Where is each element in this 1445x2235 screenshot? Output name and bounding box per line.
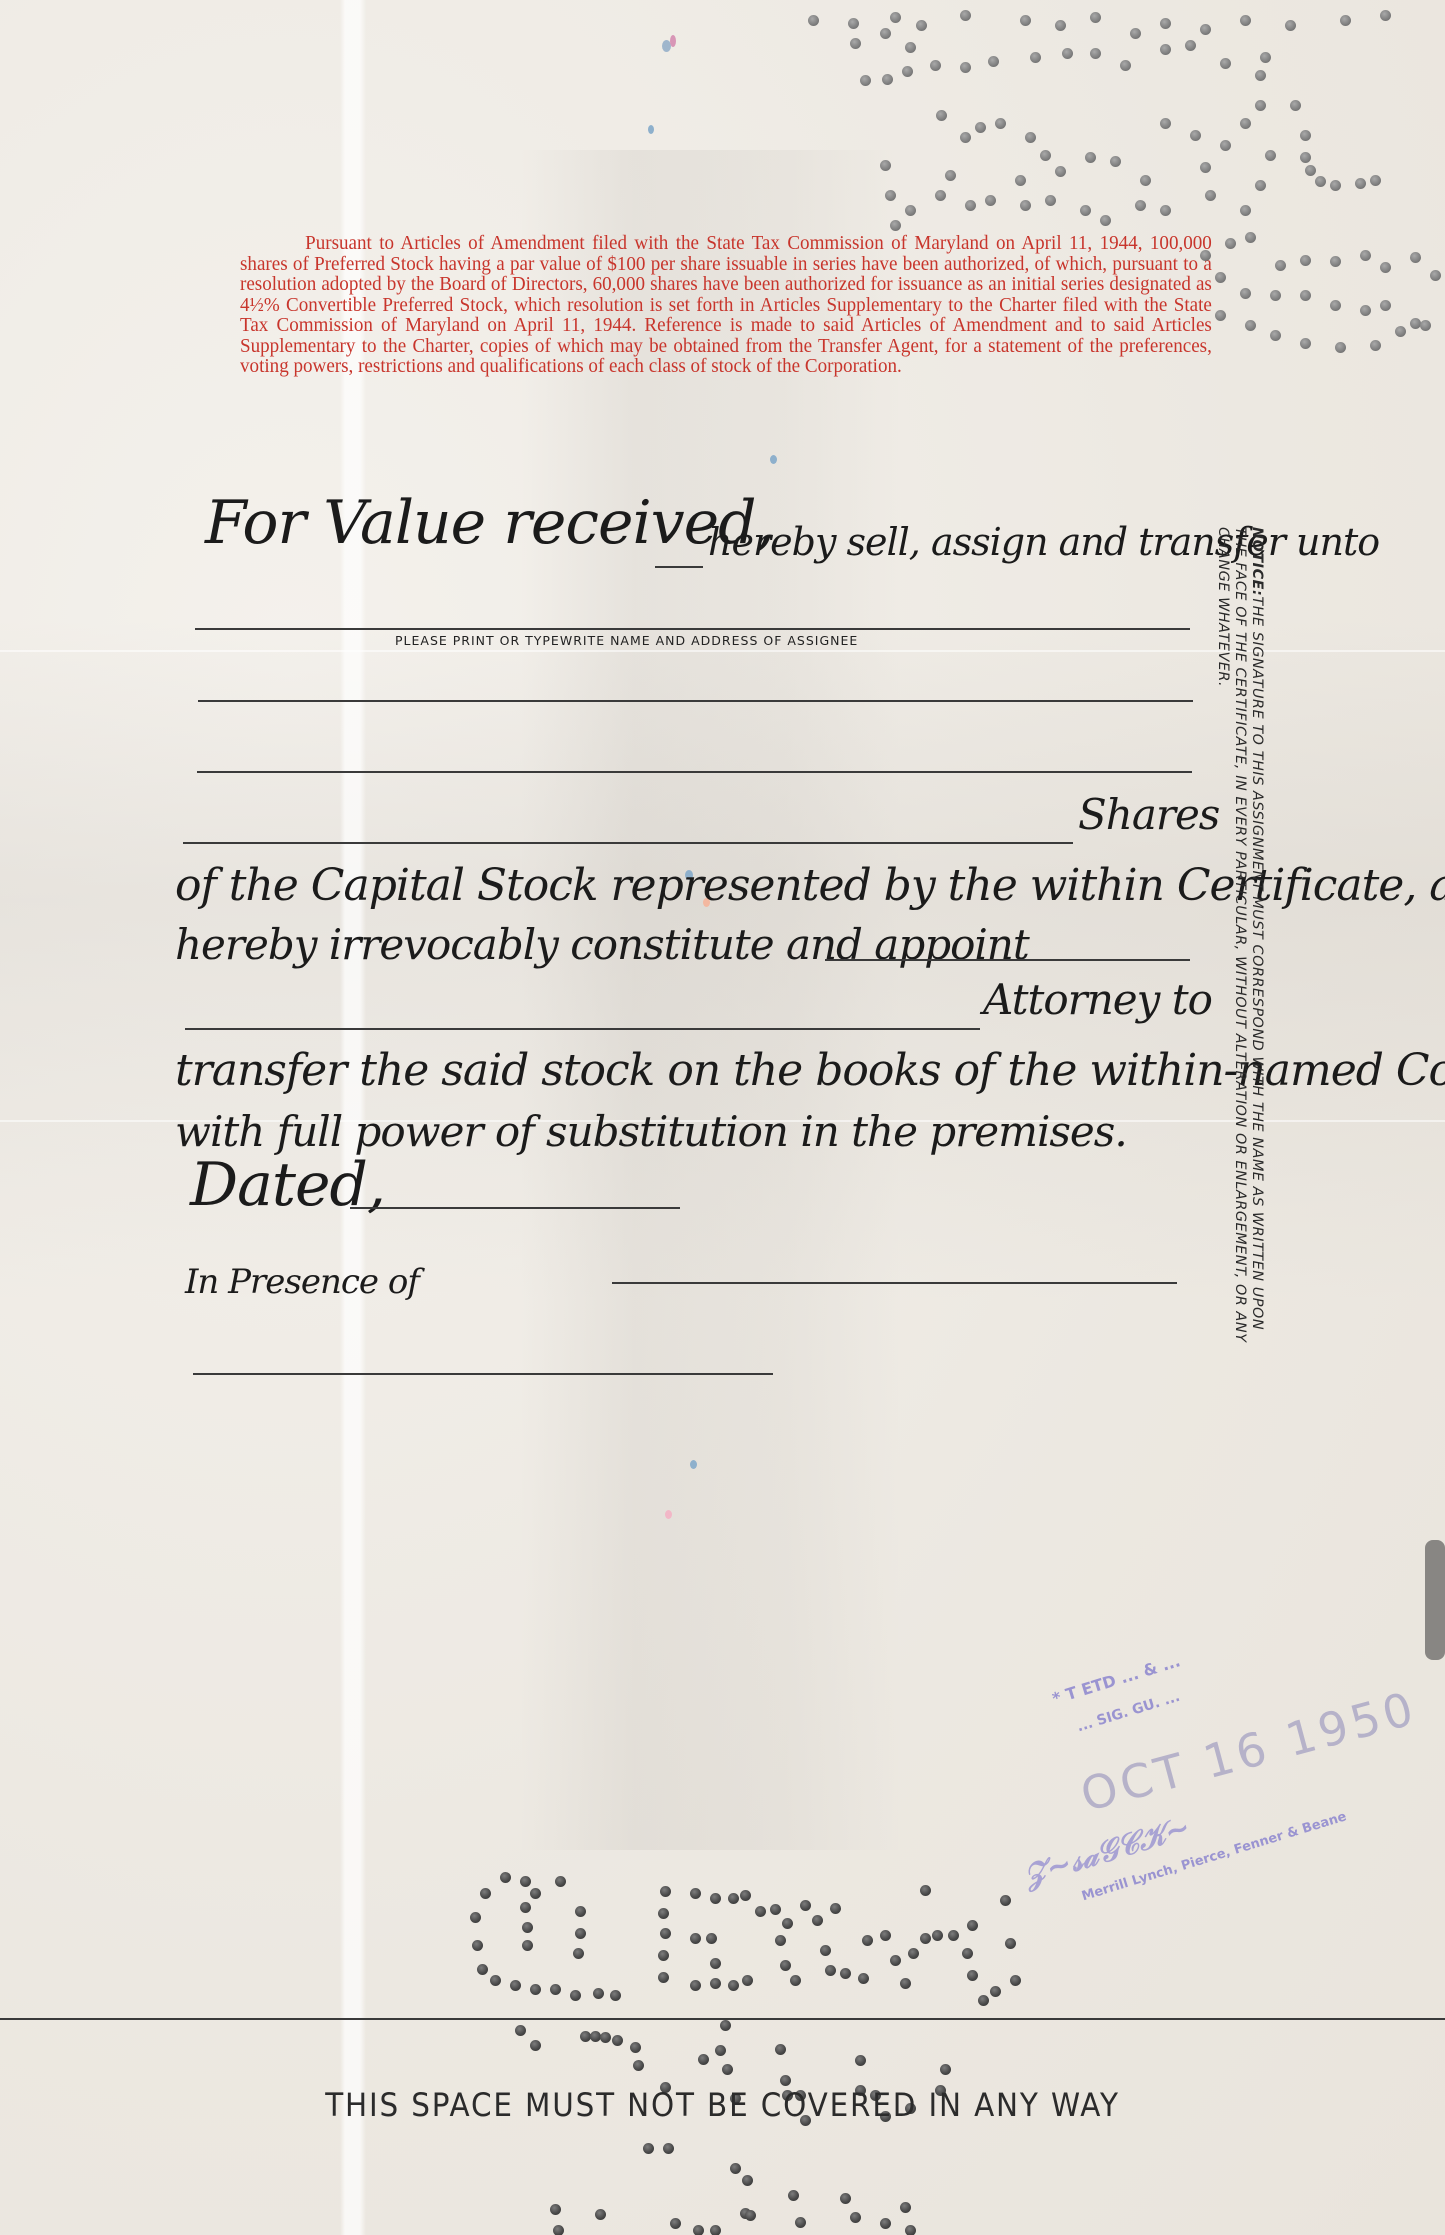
perforation-hole <box>1000 1895 1011 1906</box>
perforation-hole <box>1430 270 1441 281</box>
attorney-name-line[interactable] <box>825 959 1190 961</box>
perforation-hole <box>575 1928 586 1939</box>
perforation-hole <box>1080 205 1091 216</box>
perforation-hole <box>710 2225 721 2235</box>
signature-notice: NOTICE:THE SIGNATURE TO THIS ASSIGNMENT … <box>1214 527 1265 1347</box>
perforation-hole <box>1240 205 1251 216</box>
perforation-hole <box>730 2163 741 2174</box>
notice-label: NOTICE: <box>1249 527 1265 596</box>
assignee-address-line-1[interactable] <box>198 700 1193 702</box>
perforation-hole <box>990 1986 1001 1997</box>
perforation-hole <box>1240 118 1251 129</box>
perforation-hole <box>690 1888 701 1899</box>
perforation-hole <box>1300 290 1311 301</box>
perforation-hole <box>706 1933 717 1944</box>
perforation-hole <box>960 10 971 21</box>
perforation-hole <box>1100 215 1111 226</box>
witness-line[interactable] <box>193 1373 773 1375</box>
perforation-hole <box>573 1948 584 1959</box>
perforation-hole <box>745 2210 756 2221</box>
perforation-hole <box>612 2035 623 2046</box>
perforation-hole <box>698 2054 709 2065</box>
perforation-hole <box>830 1903 841 1914</box>
perforation-hole <box>920 1885 931 1896</box>
perforation-hole <box>1045 195 1056 206</box>
perforation-hole <box>1395 326 1406 337</box>
shares-label: Shares <box>1078 790 1219 839</box>
perforation-hole <box>1290 100 1301 111</box>
stamp-date: OCT 16 1950 <box>1075 1681 1422 1823</box>
perforation-hole <box>788 2190 799 2201</box>
perforation-hole <box>1020 15 1031 26</box>
perforation-hole <box>1270 290 1281 301</box>
perforation-hole <box>1355 178 1366 189</box>
perforation-hole <box>985 195 996 206</box>
perforation-hole <box>1330 300 1341 311</box>
perforation-hole <box>1360 305 1371 316</box>
substitution-text: with full power of substitution in the p… <box>175 1107 1127 1156</box>
perforation-hole <box>825 1965 836 1976</box>
perforation-hole <box>1135 200 1146 211</box>
perforation-hole <box>1380 10 1391 21</box>
perforation-hole <box>967 1970 978 1981</box>
perforation-hole <box>1055 20 1066 31</box>
perforation-hole <box>978 1995 989 2006</box>
perforation-hole <box>1300 152 1311 163</box>
perforation-hole <box>902 66 913 77</box>
ink-speck <box>648 125 654 134</box>
perforation-hole <box>975 122 986 133</box>
perforation-hole <box>988 56 999 67</box>
perforation-hole <box>490 1975 501 1986</box>
perforation-hole <box>570 1990 581 2001</box>
perforation-hole <box>710 1958 721 1969</box>
perforation-hole <box>935 190 946 201</box>
perforation-hole <box>1200 24 1211 35</box>
perforation-hole <box>775 1935 786 1946</box>
perforation-hole <box>1260 52 1271 63</box>
perforation-hole <box>916 20 927 31</box>
perforation-hole <box>1410 252 1421 263</box>
perforation-hole <box>840 2193 851 2204</box>
assignee-name-line[interactable] <box>195 628 1190 630</box>
perforation-hole <box>710 1893 721 1904</box>
perforation-hole <box>848 18 859 29</box>
perforation-hole <box>1305 165 1316 176</box>
perforation-hole <box>920 1933 931 1944</box>
ink-speck <box>670 35 676 47</box>
perforation-hole <box>1240 15 1251 26</box>
perforation-hole <box>520 1876 531 1887</box>
perforation-hole <box>1215 310 1226 321</box>
perforation-hole <box>1380 262 1391 273</box>
footer-divider <box>0 2018 1445 2020</box>
attorney-name-line-2[interactable] <box>185 1028 980 1030</box>
perforation-hole <box>530 1888 541 1899</box>
perforation-hole <box>755 1906 766 1917</box>
perforation-hole <box>1255 100 1266 111</box>
perforation-hole <box>1330 256 1341 267</box>
perforation-hole <box>600 2032 611 2043</box>
dated-label: Dated, <box>190 1150 385 1220</box>
perforation-hole <box>742 2175 753 2186</box>
assignor-blank-line <box>655 566 703 568</box>
perforation-hole <box>900 2202 911 2213</box>
perforation-hole <box>960 62 971 73</box>
perforation-hole <box>1160 205 1171 216</box>
perforation-hole <box>595 2209 606 2220</box>
perforation-hole <box>633 2060 644 2071</box>
perforation-hole <box>936 110 947 121</box>
perforation-hole <box>1220 140 1231 151</box>
perforation-hole <box>820 1945 831 1956</box>
perforation-hole <box>1300 130 1311 141</box>
perforation-hole <box>1005 1938 1016 1949</box>
perforation-hole <box>522 1922 533 1933</box>
perforation-hole <box>840 1968 851 1979</box>
perforation-hole <box>658 1950 669 1961</box>
perforation-hole <box>593 1988 604 1999</box>
perforation-hole <box>885 190 896 201</box>
perforation-hole <box>643 2143 654 2154</box>
perforation-hole <box>1270 330 1281 341</box>
perforation-hole <box>1335 342 1346 353</box>
perforation-hole <box>710 1978 721 1989</box>
perforation-hole <box>850 2212 861 2223</box>
perforation-hole <box>1315 176 1326 187</box>
perforation-hole <box>480 1888 491 1899</box>
perforation-hole <box>1160 18 1171 29</box>
assignee-address-line-2[interactable] <box>197 771 1192 773</box>
in-presence-of-label: In Presence of <box>185 1262 419 1302</box>
perforation-hole <box>1370 340 1381 351</box>
perforation-hole <box>800 1900 811 1911</box>
perforation-hole <box>995 118 1006 129</box>
perforation-hole <box>880 2218 891 2229</box>
perforation-hole <box>660 1886 671 1897</box>
perforation-hole <box>945 170 956 181</box>
perforation-hole <box>1380 300 1391 311</box>
perforation-hole <box>880 1930 891 1941</box>
perforation-hole <box>790 1975 801 1986</box>
ink-speck <box>690 1460 697 1469</box>
perforation-hole <box>728 1980 739 1991</box>
shares-quantity-line[interactable] <box>183 842 1073 844</box>
perforation-hole <box>855 2055 866 2066</box>
perforation-hole <box>500 1872 511 1883</box>
perforation-hole <box>775 2044 786 2055</box>
perforation-hole <box>890 12 901 23</box>
perforation-hole <box>932 1930 943 1941</box>
perforation-hole <box>795 2217 806 2228</box>
perforation-hole <box>1370 175 1381 186</box>
perforation-hole <box>722 2064 733 2075</box>
perforation-hole <box>550 1984 561 1995</box>
signature-line[interactable] <box>612 1282 1177 1284</box>
perforation-hole <box>1010 1975 1021 1986</box>
perforation-hole <box>477 1964 488 1975</box>
perforation-hole <box>905 42 916 53</box>
perforation-hole <box>1265 150 1276 161</box>
perforation-hole <box>965 200 976 211</box>
perforation-hole <box>575 1906 586 1917</box>
perforation-hole <box>948 1930 959 1941</box>
perforation-hole <box>900 1978 911 1989</box>
preferred-stock-legend: Pursuant to Articles of Amendment filed … <box>240 233 1212 377</box>
perforation-hole <box>808 15 819 26</box>
edge-stain <box>1425 1540 1445 1660</box>
perforation-hole <box>550 2204 561 2215</box>
irrevocably-appoint-text: hereby irrevocably constitute and appoin… <box>175 920 1029 969</box>
perforation-hole <box>1185 40 1196 51</box>
perforation-hole <box>862 1935 873 1946</box>
perforation-hole <box>720 2020 731 2031</box>
perforation-hole <box>770 1904 781 1915</box>
perforation-hole <box>1025 132 1036 143</box>
perforation-hole <box>728 1893 739 1904</box>
faint-front-print-showthrough <box>520 150 900 1850</box>
notice-text: THE SIGNATURE TO THIS ASSIGNMENT MUST CO… <box>1215 527 1265 1343</box>
perforation-hole <box>930 60 941 71</box>
perforation-hole <box>555 1876 566 1887</box>
perforation-hole <box>522 1940 533 1951</box>
perforation-hole <box>530 2040 541 2051</box>
perforation-hole <box>1020 200 1031 211</box>
perforation-hole <box>1015 175 1026 186</box>
footer-warning: THIS SPACE MUST NOT BE COVERED IN ANY WA… <box>58 2086 1387 2124</box>
perforation-hole <box>782 1918 793 1929</box>
date-line[interactable] <box>350 1207 680 1209</box>
perforation-hole <box>658 1908 669 1919</box>
perforation-hole <box>1245 232 1256 243</box>
perforation-hole <box>610 1990 621 2001</box>
perforation-hole <box>1205 190 1216 201</box>
perforation-hole <box>1300 338 1311 349</box>
perforation-hole <box>1090 12 1101 23</box>
perforation-hole <box>1040 150 1051 161</box>
perforation-hole <box>690 1980 701 1991</box>
perforation-hole <box>660 1928 671 1939</box>
perforation-hole <box>850 38 861 49</box>
perforation-hole <box>1255 180 1266 191</box>
perforation-hole <box>960 132 971 143</box>
perforation-hole <box>1140 175 1151 186</box>
perforation-hole <box>1245 320 1256 331</box>
for-value-received-label: For Value received, <box>205 488 774 558</box>
perforation-hole <box>715 2045 726 2056</box>
perforation-hole <box>858 1973 869 1984</box>
perforation-hole <box>880 160 891 171</box>
perforation-hole <box>515 2025 526 2036</box>
perforation-hole <box>1085 152 1096 163</box>
perforation-hole <box>1160 118 1171 129</box>
perforation-hole <box>860 75 871 86</box>
perforation-hole <box>553 2225 564 2235</box>
attorney-to-label: Attorney to <box>983 975 1212 1024</box>
perforation-hole <box>890 1955 901 1966</box>
perforation-hole <box>472 1940 483 1951</box>
perforation-hole <box>1360 250 1371 261</box>
perforation-hole <box>1240 288 1251 299</box>
perforation-hole <box>780 1960 791 1971</box>
perforation-hole <box>1030 52 1041 63</box>
perforation-hole <box>1130 28 1141 39</box>
ink-speck <box>770 455 777 464</box>
perforation-hole <box>690 1933 701 1944</box>
perforation-hole <box>1330 180 1341 191</box>
perforation-hole <box>1220 58 1231 69</box>
perforation-hole <box>670 2218 681 2229</box>
perforation-hole <box>470 1912 481 1923</box>
perforation-hole <box>1200 250 1211 261</box>
perforation-hole <box>962 1948 973 1959</box>
perforation-hole <box>812 1915 823 1926</box>
perforation-hole <box>1055 166 1066 177</box>
perforation-hole <box>1062 48 1073 59</box>
perforation-hole <box>1190 130 1201 141</box>
ink-speck <box>665 1510 672 1519</box>
perforation-hole <box>890 220 901 231</box>
perforation-hole <box>663 2143 674 2154</box>
perforation-hole <box>880 28 891 39</box>
perforation-hole <box>510 1980 521 1991</box>
perforation-hole <box>693 2225 704 2235</box>
perforation-hole <box>630 2042 641 2053</box>
perforation-hole <box>1225 238 1236 249</box>
perforation-hole <box>1300 255 1311 266</box>
perforation-hole <box>780 2075 791 2086</box>
sell-assign-transfer-label: hereby sell, assign and transfer unto <box>708 520 1379 564</box>
perforation-hole <box>1160 44 1171 55</box>
perforation-hole <box>1340 15 1351 26</box>
perforation-hole <box>1200 162 1211 173</box>
perforation-hole <box>905 205 916 216</box>
perforation-hole <box>1110 156 1121 167</box>
perforation-hole <box>1420 320 1431 331</box>
perforation-hole <box>905 2225 916 2235</box>
perforation-hole <box>1120 60 1131 71</box>
perforation-hole <box>1215 272 1226 283</box>
perforation-hole <box>658 1972 669 1983</box>
assignee-caption: PLEASE PRINT OR TYPEWRITE NAME AND ADDRE… <box>395 633 858 648</box>
perforation-hole <box>530 1984 541 1995</box>
perforation-hole <box>1090 48 1101 59</box>
perforation-hole <box>882 74 893 85</box>
perforation-hole <box>967 1920 978 1931</box>
perforation-hole <box>740 1890 751 1901</box>
perforation-hole <box>908 1948 919 1959</box>
perforation-hole <box>520 1902 531 1913</box>
perforation-hole <box>742 1975 753 1986</box>
perforation-hole <box>1285 20 1296 31</box>
perforation-hole <box>1255 70 1266 81</box>
perforation-hole <box>940 2064 951 2075</box>
perforation-hole <box>1275 260 1286 271</box>
